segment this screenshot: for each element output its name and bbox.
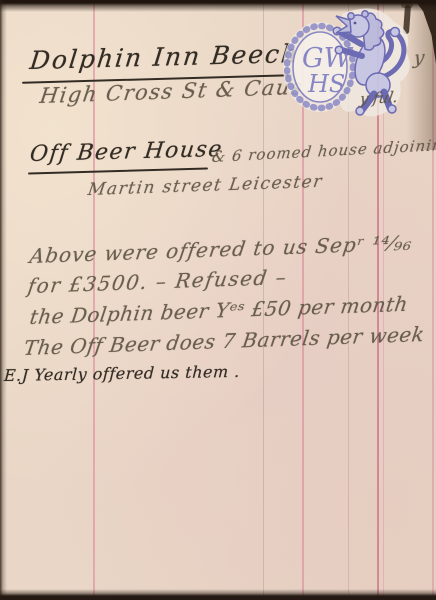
handwritten-line-price: for £3500. – Refused – — [26, 265, 289, 298]
handwritten-line-title: Dolphin Inn Beech — [28, 39, 301, 75]
handwritten-line-offbeer-trade: The Off Beer does 7 Barrels per week — [22, 322, 426, 360]
handwritten-line-note: E.J Yearly offered us them . — [4, 362, 241, 385]
page-edge-bottom — [0, 589, 436, 600]
ledger-page-photo: Dolphin Inn Beech y High Cross St & Caus… — [0, 0, 436, 600]
monogram-hs: HS — [307, 70, 345, 98]
page-edge-left — [0, 0, 7, 600]
handwritten-line-street: Martin street Leicester — [87, 172, 325, 200]
handwritten-line-offbeer-heading: Off Beer House — [29, 137, 225, 167]
handwritten-line-offbeer-rest: & 6 roomed house adjoining — [211, 135, 436, 166]
monogram-oval: GW HS — [287, 26, 354, 108]
handwritten-fragment-2: y ful. — [359, 88, 400, 108]
handwritten-line-dolphin-trade: the Dolphin beer Yᵉˢ £50 per month — [28, 292, 409, 329]
handwritten-line-offered: Above were offered to us Sepʳ ¹⁴⁄₉₆ — [28, 231, 414, 268]
gwhs-society-stamp: GW HS — [282, 4, 418, 124]
offbeer-underline — [28, 167, 208, 174]
